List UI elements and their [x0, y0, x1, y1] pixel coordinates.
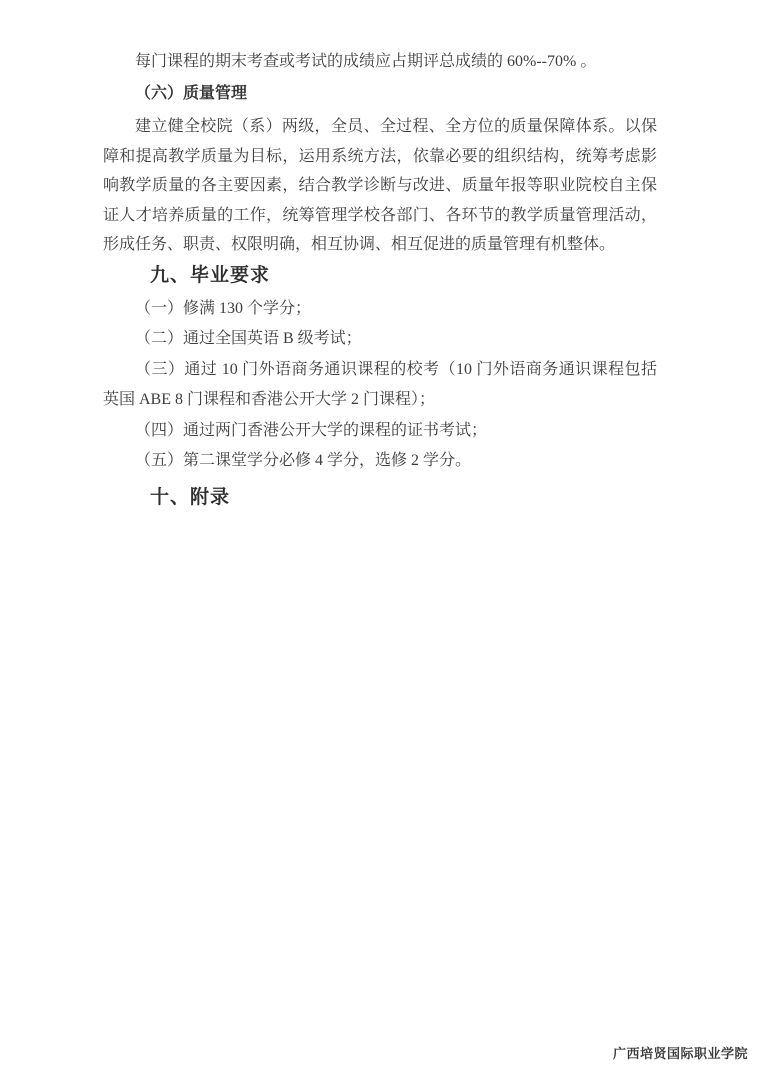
- footer-school-name: 广西培贤国际职业学院: [613, 1043, 748, 1062]
- graduation-requirements-list: （一）修满 130 个学分； （二）通过全国英语 B 级考试； （三）通过 10…: [103, 294, 657, 477]
- graduation-item-english-test: （二）通过全国英语 B 级考试；: [103, 324, 657, 355]
- graduation-item-second-classroom: （五）第二课堂学分必修 4 学分，选修 2 学分。: [103, 446, 657, 477]
- graduation-item-certificate-exams: （四）通过两门香港公开大学的课程的证书考试；: [103, 416, 657, 447]
- heading-graduation-requirements: 九、毕业要求: [103, 263, 657, 289]
- subheading-quality-management: （六）质量管理: [103, 79, 657, 109]
- document-body: 每门课程的期末考查或考试的成绩应占期评总成绩的 60%--70% 。 （六）质量…: [103, 47, 657, 511]
- graduation-item-credits: （一）修满 130 个学分；: [103, 294, 657, 325]
- graduation-item-business-courses: （三）通过 10 门外语商务通识课程的校考（10 门外语商务通识课程包括英国 A…: [103, 355, 657, 416]
- paragraph-quality-management: 建立健全校院（系）两级，全员、全过程、全方位的质量保障体系。以保障和提高教学质量…: [103, 112, 657, 260]
- heading-appendix: 十、附录: [103, 485, 657, 511]
- document-page: 每门课程的期末考查或考试的成绩应占期评总成绩的 60%--70% 。 （六）质量…: [0, 0, 763, 1080]
- paragraph-exam-score: 每门课程的期末考查或考试的成绩应占期评总成绩的 60%--70% 。: [103, 47, 657, 77]
